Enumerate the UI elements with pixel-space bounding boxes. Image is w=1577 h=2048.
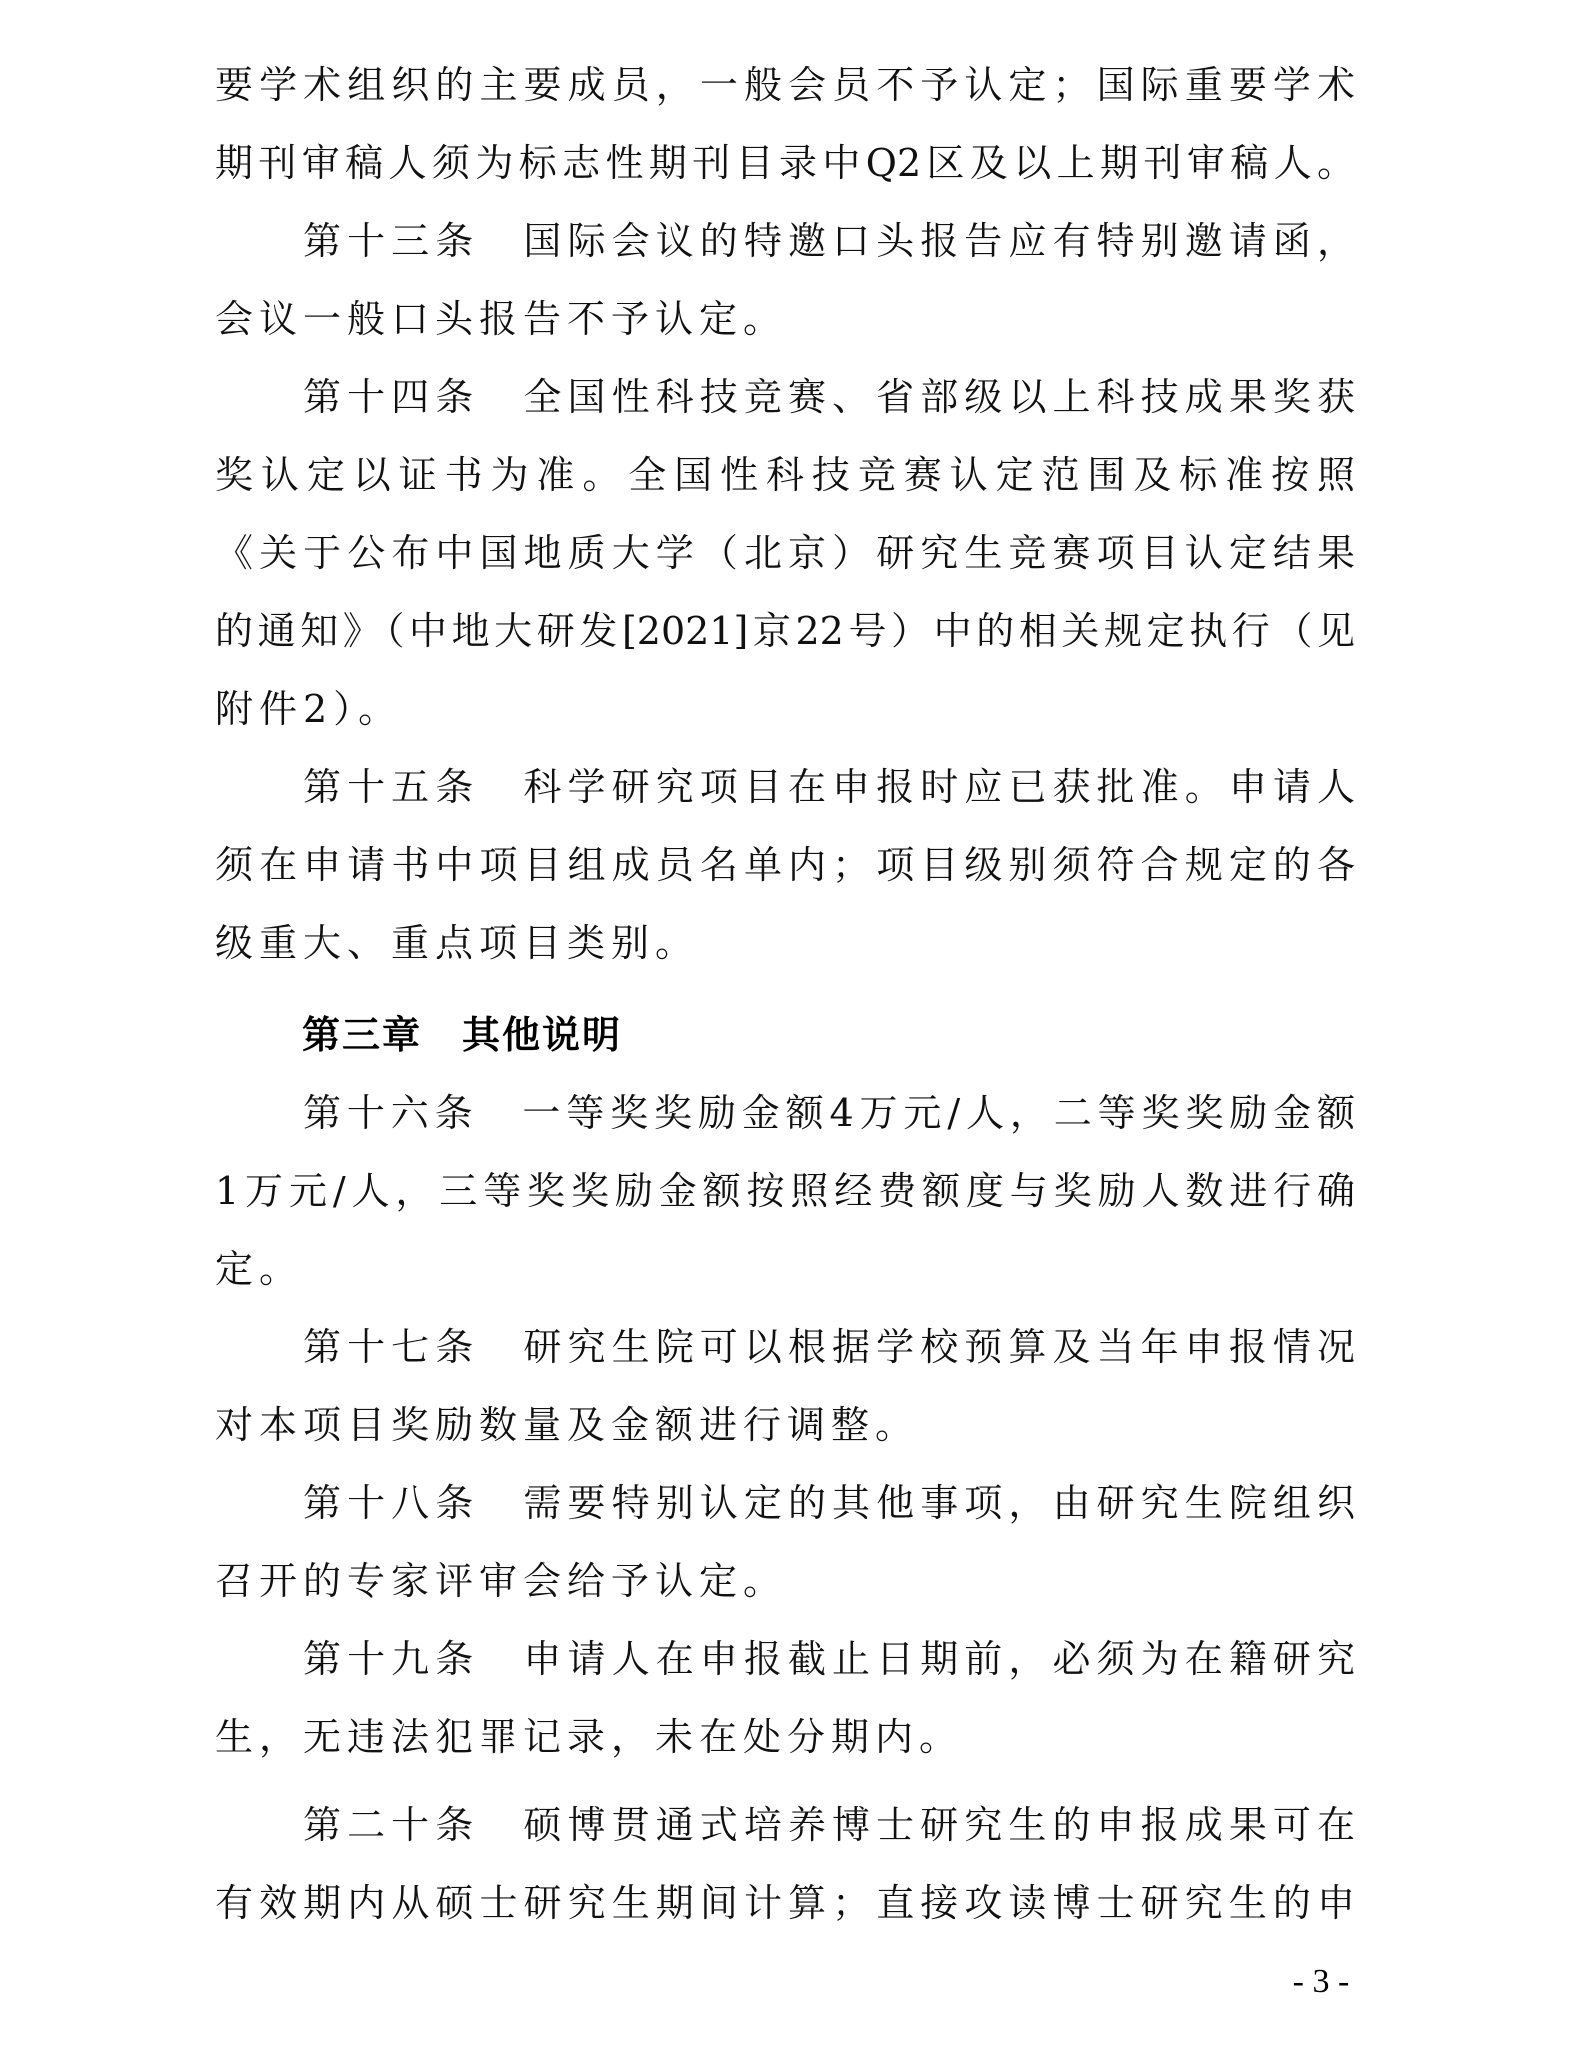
- article-19: 第十九条 申请人在申报截止日期前，必须为在籍研究: [303, 1634, 1355, 1684]
- text-line: 须在申请书中项目组成员名单内；项目级别须符合规定的各: [215, 840, 1355, 890]
- text-line: 期刊审稿人须为标志性期刊目录中Q2区及以上期刊审稿人。: [215, 138, 1355, 188]
- text-line: 有效期内从硕士研究生期间计算；直接攻读博士研究生的申: [215, 1878, 1355, 1928]
- document-page: 要学术组织的主要成员，一般会员不予认定；国际重要学术 期刊审稿人须为标志性期刊目…: [0, 0, 1577, 2048]
- text-line: 生，无违法犯罪记录，未在处分期内。: [215, 1712, 1355, 1762]
- text-line: 定。: [215, 1244, 1355, 1294]
- text-line: 附件2）。: [215, 684, 1355, 734]
- article-16: 第十六条 一等奖奖励金额4万元/人，二等奖奖励金额: [303, 1088, 1355, 1138]
- text-line: 要学术组织的主要成员，一般会员不予认定；国际重要学术: [215, 60, 1355, 110]
- page-number: - 3 -: [1278, 1962, 1364, 2002]
- chapter-heading: 第三章 其他说明: [302, 1010, 622, 1060]
- text-line: 《关于公布中国地质大学（北京）研究生竞赛项目认定结果: [215, 528, 1355, 578]
- text-line: 的通知》（中地大研发[2021]京22号）中的相关规定执行（见: [215, 606, 1355, 656]
- article-20: 第二十条 硕博贯通式培养博士研究生的申报成果可在: [303, 1800, 1355, 1850]
- text-line: 奖认定以证书为准。全国性科技竞赛认定范围及标准按照: [215, 450, 1355, 500]
- text-line: 级重大、重点项目类别。: [215, 918, 1355, 968]
- article-15: 第十五条 科学研究项目在申报时应已获批准。申请人: [303, 762, 1355, 812]
- article-18: 第十八条 需要特别认定的其他事项，由研究生院组织: [303, 1478, 1355, 1528]
- article-17: 第十七条 研究生院可以根据学校预算及当年申报情况: [303, 1322, 1355, 1372]
- text-line: 会议一般口头报告不予认定。: [215, 294, 1355, 344]
- text-line: 召开的专家评审会给予认定。: [215, 1556, 1355, 1606]
- article-13: 第十三条 国际会议的特邀口头报告应有特别邀请函，: [303, 216, 1355, 266]
- text-line: 1万元/人，三等奖奖励金额按照经费额度与奖励人数进行确: [215, 1166, 1355, 1216]
- text-line: 对本项目奖励数量及金额进行调整。: [215, 1400, 1355, 1450]
- article-14: 第十四条 全国性科技竞赛、省部级以上科技成果奖获: [303, 372, 1355, 422]
